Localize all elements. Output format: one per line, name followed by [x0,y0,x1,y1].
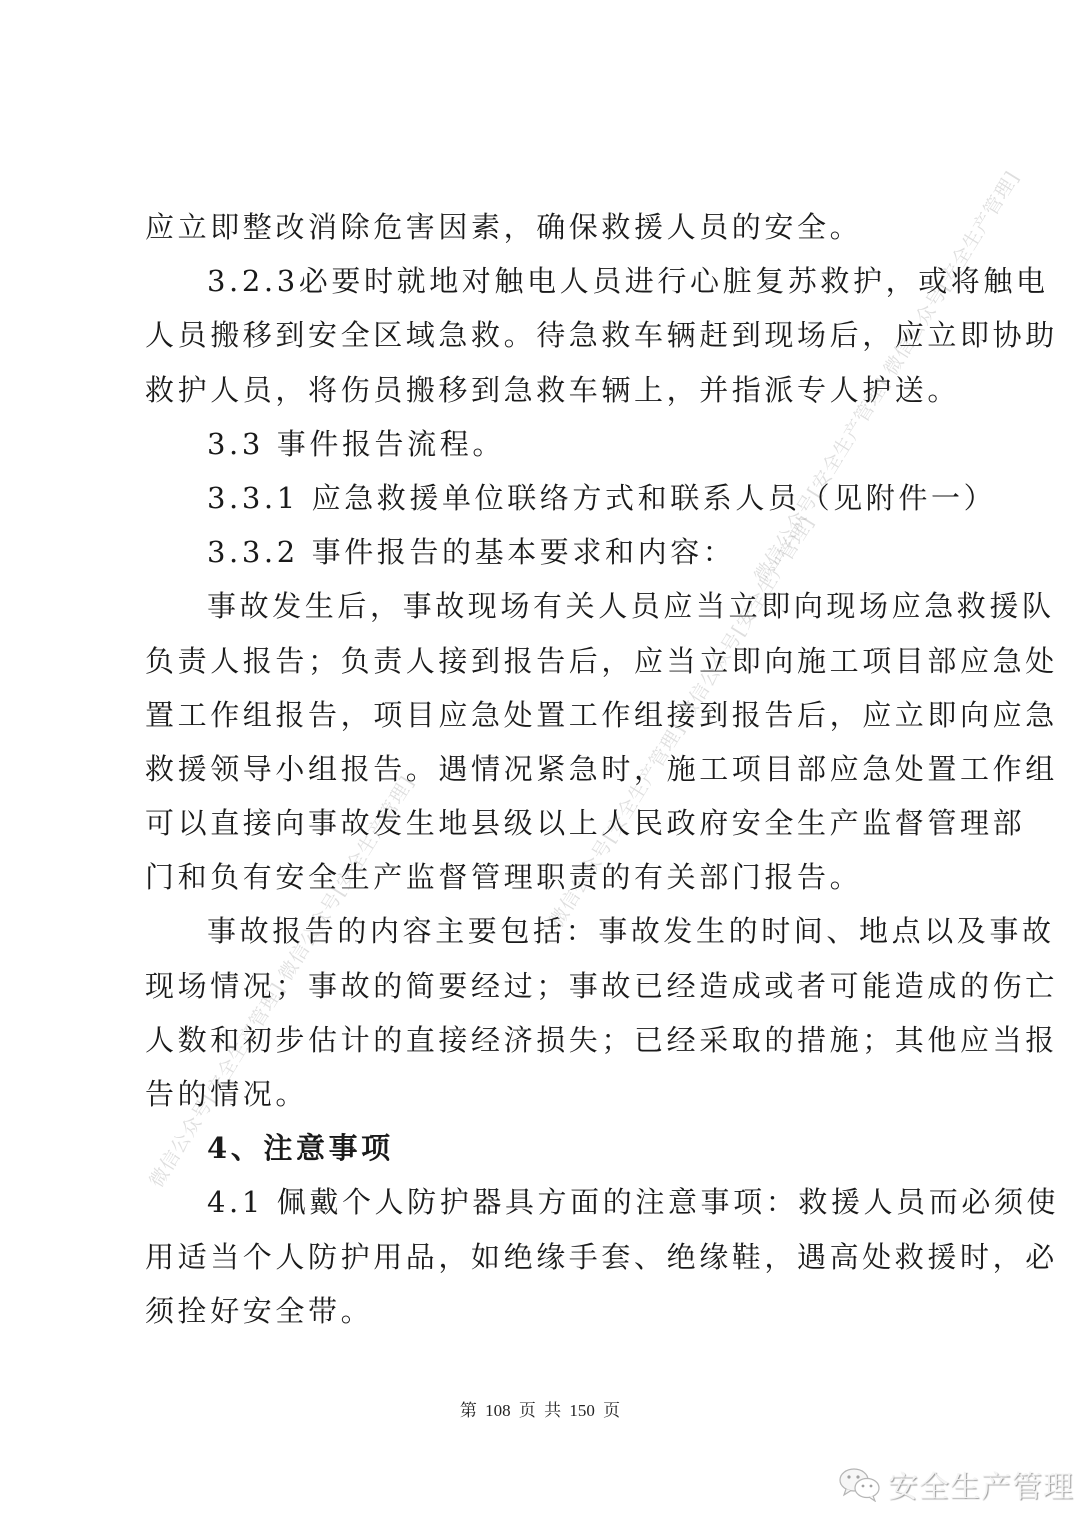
text-line: 告的情况。 [145,1067,945,1121]
section-heading-3-3: 3.3 事件报告流程。 [145,417,945,471]
subsection-3-3-2: 3.3.2 事件报告的基本要求和内容： [145,525,945,579]
section-heading-4: 4、注意事项 [145,1121,945,1175]
text-line: 现场情况；事故的简要经过；事故已经造成或者可能造成的伤亡 [145,959,945,1013]
text-line: 须拴好安全带。 [145,1284,945,1338]
page-number-footer: 第 108 页 共 150 页 [0,1396,1080,1421]
text-line: 人员搬移到安全区域急救。待急救车辆赶到现场后，应立即协助 [145,308,945,362]
text-line: 3.2.3必要时就地对触电人员进行心脏复苏救护，或将触电 [145,254,945,308]
text-line: 救援领导小组报告。遇情况紧急时，施工项目部应急处置工作组 [145,742,945,796]
text-line: 救护人员，将伤员搬移到急救车辆上，并指派专人护送。 [145,363,945,417]
text-line: 用适当个人防护用品，如绝缘手套、绝缘鞋，遇高处救援时，必 [145,1230,945,1284]
account-brand-watermark: 安全生产管理 [838,1462,1074,1506]
text-line: 事故发生后，事故现场有关人员应当立即向现场应急救援队 [145,579,945,633]
wechat-icon [838,1466,882,1502]
brand-name: 安全生产管理 [888,1462,1074,1506]
text-line: 负责人报告；负责人接到报告后，应当立即向施工项目部应急处 [145,634,945,688]
text-line: 可以直接向事故发生地县级以上人民政府安全生产监督管理部 [145,796,945,850]
text-line: 置工作组报告，项目应急处置工作组接到报告后，应立即向应急 [145,688,945,742]
subsection-4-1: 4.1 佩戴个人防护器具方面的注意事项：救援人员而必须使 [145,1175,945,1229]
text-line: 应立即整改消除危害因素，确保救援人员的安全。 [145,200,945,254]
text-line: 事故报告的内容主要包括：事故发生的时间、地点以及事故 [145,904,945,958]
text-line: 人数和初步估计的直接经济损失；已经采取的措施；其他应当报 [145,1013,945,1067]
subsection-3-3-1: 3.3.1 应急救援单位联络方式和联系人员（见附件一） [145,471,945,525]
text-line: 门和负有安全生产监督管理职责的有关部门报告。 [145,850,945,904]
document-page: 微信公众号[安全生产管理] 微信公众号[安全生产管理] 微信公众号[安全生产管理… [0,0,1080,1528]
document-body: 应立即整改消除危害因素，确保救援人员的安全。 3.2.3必要时就地对触电人员进行… [145,200,945,1338]
